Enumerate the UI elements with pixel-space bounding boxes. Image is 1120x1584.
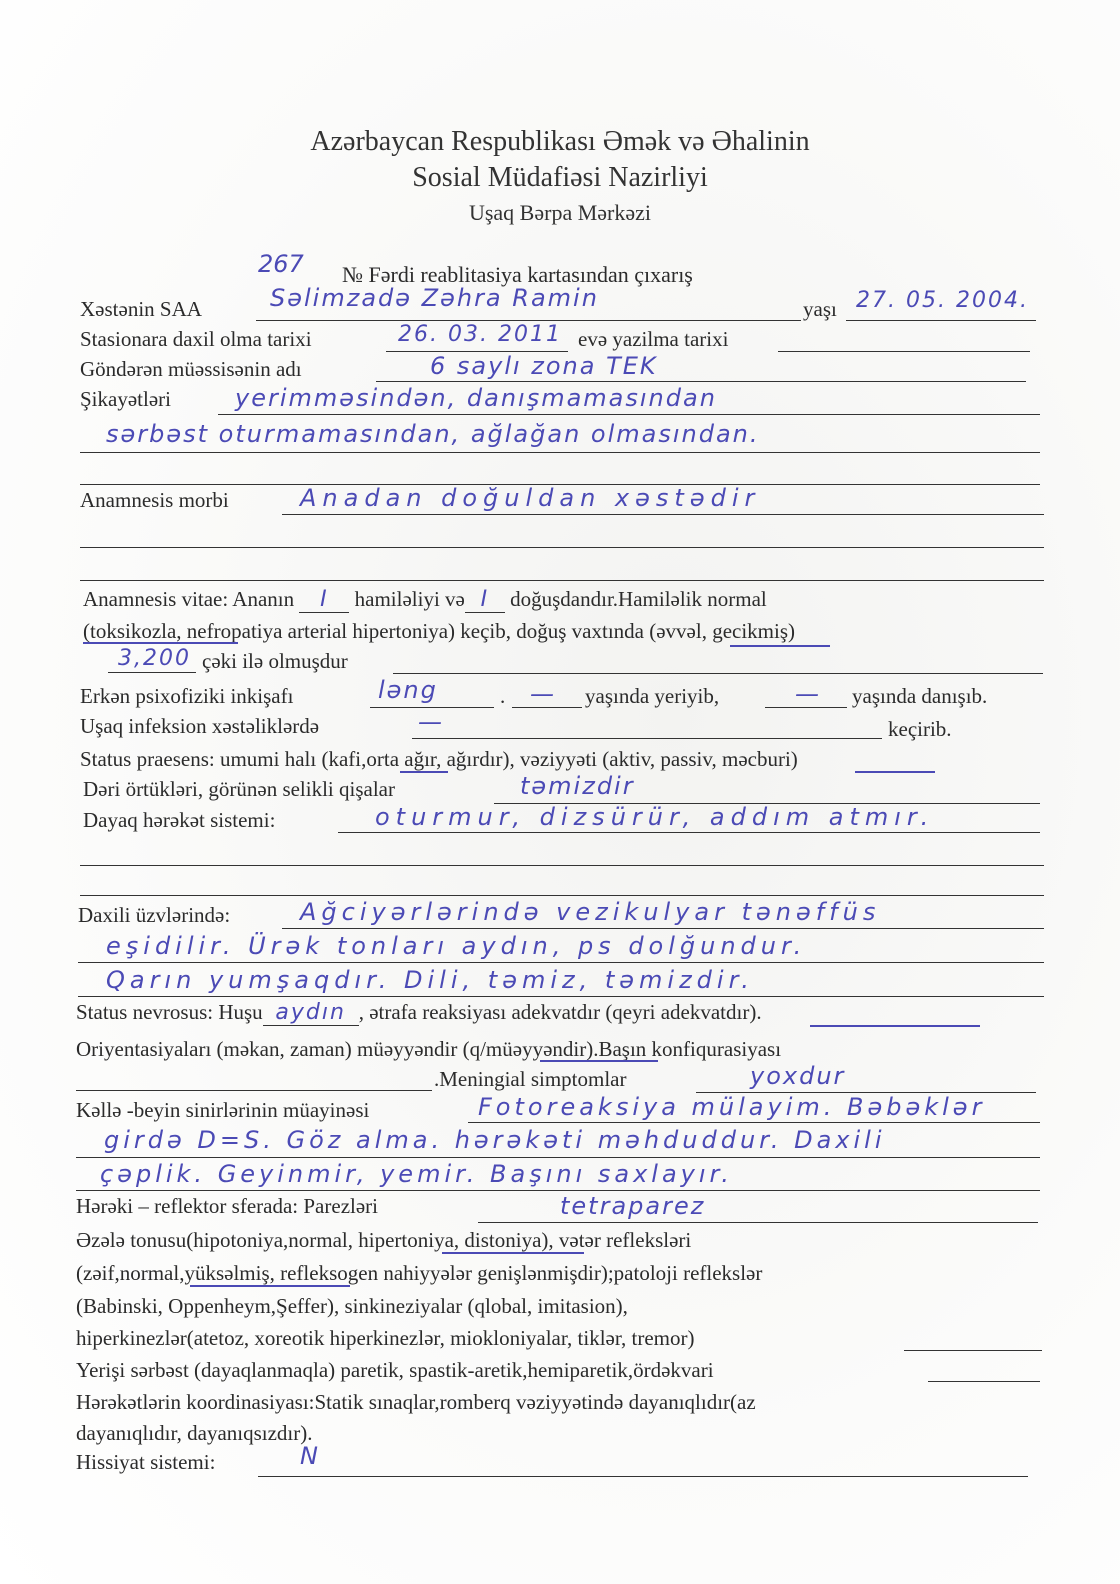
development-label: Erkən psixofiziki inkişafı [80, 684, 293, 708]
complaints-rule-2 [80, 452, 1040, 453]
document-page: Azərbaycan Respublikası Əmək və Əhalinin… [0, 0, 1120, 1584]
sensory-rule [258, 1476, 1028, 1477]
card-number: 267 [258, 250, 304, 278]
underline-hipertoniya [442, 1252, 584, 1254]
musculoskeletal-rule [338, 832, 1040, 833]
meningeal-value: yoxdur [750, 1062, 845, 1090]
weight-rule [108, 672, 196, 673]
underline-vaxtinda [730, 645, 830, 647]
anamnesis-morbi-label: Anamnesis morbi [80, 488, 229, 512]
sender-label: Göndərən müəssisənin adı [80, 357, 302, 381]
pregnancy-label: hamiləliyi və [355, 587, 465, 611]
patient-name-value: Səlimzadə Zəhra Ramin [270, 284, 599, 312]
infection-value: — [418, 708, 444, 736]
center-name: Uşaq Bərpa Mərkəzi [0, 200, 1120, 226]
hyperkinesis-rule [904, 1350, 1042, 1351]
blank-rule-1 [80, 547, 1044, 548]
pregnancy-normal-text: doğuşdandır.Hamiləlik normal [510, 587, 767, 611]
sender-rule [376, 381, 1026, 382]
talk-label: yaşında danışıb. [852, 684, 987, 708]
anamnesis-vitae-label: Anamnesis vitae: Ananın [83, 587, 294, 611]
infection-rule [412, 738, 882, 739]
complaints-value-2: sərbəst oturmamasından, ağlağan olmasınd… [106, 420, 760, 448]
cranial-nerves-value-2: girdə D=S. Göz alma. hərəkəti məhduddur.… [104, 1126, 885, 1154]
gait-line: Yerişi sərbəst (dayaqlanmaqla) paretik, … [76, 1358, 714, 1382]
motor-sphere-label: Hərəki – reflektor sferada: Parezləri [76, 1194, 378, 1218]
underline-toksikozla [83, 642, 238, 644]
age-value: 27. 05. 2004. [856, 288, 1029, 313]
weight-label: çəki ilə olmuşdur [202, 649, 348, 673]
reflex-line: (zəif,normal,yüksəlmiş, refleksogen nahi… [76, 1261, 762, 1285]
weight-rest-rule [393, 673, 1043, 674]
complaints-label: Şikayətləri [80, 387, 171, 411]
pregnancy-count: I [299, 588, 349, 613]
internal-organs-value-3: Qarın yumşaqdır. Dili, təmiz, təmizdir. [106, 966, 754, 994]
musculoskeletal-label: Dayaq hərəkət sistemi: [83, 808, 275, 832]
underline-yuksalmis [190, 1285, 350, 1287]
underline-qeyri [810, 1025, 980, 1027]
underline-passiv [855, 771, 935, 773]
complaints-rule-1 [218, 414, 1040, 415]
ministry-title-line1: Azərbaycan Respublikası Əmək və Əhalinin [0, 126, 1120, 158]
cranial-rule-2 [76, 1157, 1040, 1158]
anamnesis-morbi-value: Anadan doğuldan xəstədir [300, 484, 760, 512]
blank-rule-2 [80, 580, 1044, 581]
hyperkinesis-line: hiperkinezlər(atetoz, xoreotik hiperkine… [76, 1326, 694, 1350]
sensory-label: Hissiyat sistemi: [76, 1450, 215, 1474]
walk-label: yaşında yeriyib, [585, 684, 719, 708]
internal-organs-label: Daxili üzvlərində: [78, 903, 230, 927]
admission-label: Stasionara daxil olma tarixi [80, 327, 312, 351]
paresis-value: tetraparez [560, 1192, 705, 1220]
infection-suffix: keçirib. [888, 717, 952, 741]
meningeal-label: .Meningial simptomlar [434, 1067, 626, 1091]
skin-value: təmizdir [520, 772, 635, 800]
discharge-rule [778, 351, 1030, 352]
cranial-nerves-label: Kəllə -beyin sinirlərinin müayinəsi [76, 1098, 369, 1122]
internal-rule-3 [78, 996, 1044, 997]
reaction-text: , ətrafa reaksiyası adekvatdır (qeyri ad… [359, 1000, 762, 1024]
development-value: ləng [378, 676, 438, 704]
talk-age-value: — [795, 680, 821, 708]
coordination-line-2: dayanıqlıdır, dayanıqsızdır). [76, 1421, 313, 1445]
orientation-text: Oriyentasiyaları (məkan, zaman) müəyyənd… [76, 1037, 781, 1061]
infection-label: Uşaq infeksion xəstəliklərdə [80, 714, 319, 738]
patient-label: Xəstənin SAA [80, 297, 202, 321]
cranial-rule-1 [468, 1122, 1040, 1123]
anamnesis-vitae-line1: Anamnesis vitae: Ananın I hamiləliyi vəI… [83, 587, 767, 613]
skin-label: Dəri örtükləri, görünən selikli qişalar [83, 777, 395, 801]
gait-rule [928, 1381, 1040, 1382]
blank-rule-4 [80, 895, 1044, 896]
internal-rule-2 [78, 962, 1044, 963]
internal-rule-1 [282, 928, 1044, 929]
consciousness-value: aydın [263, 1001, 359, 1026]
status-nevrosus-label: Status nevrosus: Huşu [76, 1000, 263, 1024]
sensory-value: N [300, 1442, 320, 1470]
status-praesens: Status praesens: umumi halı (kafi,orta a… [80, 747, 798, 771]
patient-rule [256, 320, 801, 321]
anamnesis-morbi-rule [282, 514, 1044, 515]
ministry-title-line2: Sosial Müdafiəsi Nazirliyi [0, 162, 1120, 194]
sender-value: 6 saylı zona TEK [430, 352, 658, 380]
cranial-nerves-value-1: Fotoreaksiya mülayim. Bəbəklər [478, 1093, 985, 1121]
walk-age-value: — [530, 680, 556, 708]
head-config-rule [76, 1090, 432, 1091]
birth-weight-value: 3,200 [118, 646, 191, 671]
internal-organs-value-1: Ağciyərlərində vezikulyar tənəffüs [300, 898, 880, 926]
birth-count: I [465, 588, 505, 613]
admission-value: 26. 03. 2011 [398, 322, 562, 347]
internal-organs-value-2: eşidilir. Ürək tonları aydın, ps dolğund… [106, 932, 806, 960]
pathological-reflex-line: (Babinski, Oppenheym,Şeffer), sinkineziy… [76, 1294, 628, 1318]
motor-rule [478, 1222, 1038, 1223]
coordination-line-1: Hərəkətlərin koordinasiyası:Statik sınaq… [76, 1390, 756, 1414]
muscle-tone-line: Əzələ tonusu(hipotoniya,normal, hiperton… [76, 1228, 691, 1252]
age-label: yaşı [803, 297, 837, 321]
musculoskeletal-value: oturmur, dizsürür, addım atmır. [375, 803, 934, 831]
underline-kafi [400, 771, 448, 773]
age-rule [846, 320, 1036, 321]
discharge-label: evə yazilma tarixi [578, 327, 728, 351]
cranial-nerves-value-3: çəplik. Geyinmir, yemir. Başını saxlayır… [100, 1160, 733, 1188]
cranial-rule-3 [76, 1190, 1040, 1191]
anamnesis-vitae-line2: (toksikozla, nefropatiya arterial hipert… [83, 619, 795, 643]
complaints-value-1: yerimməsindən, danışmamasından [235, 384, 717, 412]
status-nevrosus-line: Status nevrosus: Huşuaydın, ətrafa reaks… [76, 1000, 762, 1026]
blank-rule-3 [80, 865, 1044, 866]
underline-muayyandir [540, 1060, 658, 1062]
